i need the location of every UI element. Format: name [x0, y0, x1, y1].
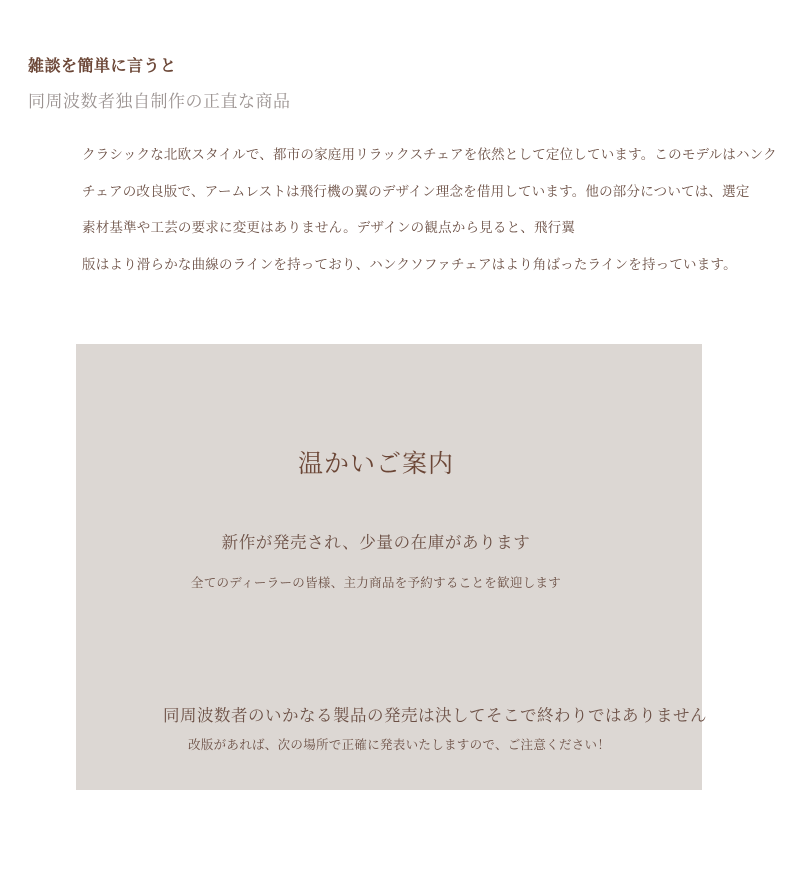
- description-line: クラシックな北欧スタイルで、都市の家庭用リラックスチェアを依然として定位していま…: [82, 145, 790, 182]
- product-description: クラシックな北欧スタイルで、都市の家庭用リラックスチェアを依然として定位していま…: [82, 145, 790, 291]
- description-line: 素材基準や工芸の要求に変更はありません。デザインの観点から見ると、飛行翼: [82, 218, 790, 255]
- notice-subtitle: 新作が発売され、少量の在庫があります: [76, 529, 676, 553]
- page-subtitle: 同周波数者独自制作の正直な商品: [28, 87, 291, 112]
- notice-detail-2: 改版があれば、次の場所で正確に発表いたしますので、ご注意ください！: [188, 735, 610, 753]
- description-line: 版はより滑らかな曲線のラインを持っており、ハンクソファチェアはより角ばったライン…: [82, 255, 790, 292]
- description-line: チェアの改良版で、アームレストは飛行機の翼のデザイン理念を借用しています。他の部…: [82, 182, 790, 219]
- notice-detail: 全てのディーラーの皆様、主力商品を予約することを歓迎します: [76, 573, 676, 591]
- notice-heading-2: 同周波数者のいかなる製品の発売は決してそこで終わりではありません: [163, 702, 707, 726]
- notice-panel: 温かいご案内 新作が発売され、少量の在庫があります 全てのディーラーの皆様、主力…: [76, 344, 702, 790]
- notice-title: 温かいご案内: [76, 444, 676, 480]
- page-title: 雑談を簡単に言うと: [28, 53, 177, 76]
